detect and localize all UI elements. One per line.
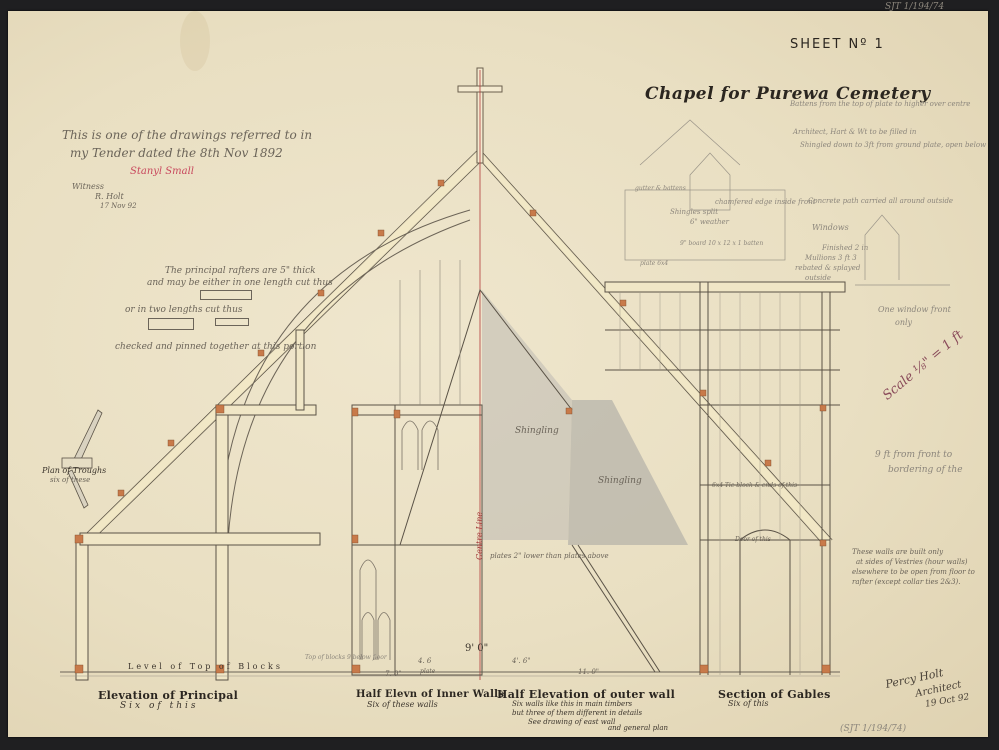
gutter-note: gutter & battens <box>635 185 686 192</box>
dim-7-0: 7. 0" <box>385 670 402 678</box>
dim-11-0: 11. 0" <box>578 668 599 676</box>
catalog-ref-top: SJT 1/194/74 <box>885 2 944 12</box>
dim-9-0: 9' 0" <box>465 643 488 654</box>
door-label: Door of this <box>735 536 771 543</box>
dim-4-6a: 4. 6 <box>418 657 431 665</box>
plate-note: plate 6x4 <box>640 260 668 267</box>
shingling-label-2: Shingling <box>598 476 642 486</box>
rafter-one-length-diagram <box>200 290 252 300</box>
plate-label: plate <box>420 668 435 675</box>
caption-inner-walls-sub: Six of these walls <box>367 700 438 709</box>
sketch-note-3: Shingled down to 3ft from ground plate, … <box>800 141 986 149</box>
rafter-note-line3: or in two lengths cut thus <box>125 305 243 315</box>
witness-signature: R. Holt <box>95 192 124 201</box>
caption-inner-walls: Half Elevn of Inner Walls <box>356 689 504 700</box>
shingling-label-1: Shingling <box>515 426 559 436</box>
strut-note: 9" board 10 x 12 x 1 batten <box>680 240 763 247</box>
caption-outer-wall-sub2: but three of them different in details <box>512 709 642 717</box>
walls-note-line3: elsewhere to be open from floor to <box>852 568 975 576</box>
troughs-label: Plan of Troughs <box>42 466 106 475</box>
witness-date: 17 Nov 92 <box>100 202 137 210</box>
troughs-sub: six of these <box>50 476 90 484</box>
mullions-note: Mullions 3 ft 3 <box>805 254 857 262</box>
sheet-label: SHEET Nº 1 <box>790 37 885 52</box>
finished-note: Finished 2 in <box>822 244 868 252</box>
walls-note-line2: at sides of Vestries (hour walls) <box>856 558 968 566</box>
plates-lower-note: plates 2" lower than plates above <box>490 552 609 560</box>
rafter-note-line4: checked and pinned together at this port… <box>115 342 316 352</box>
architectural-drawing <box>0 0 999 750</box>
finish-note-line1: 9 ft from front to <box>875 450 952 460</box>
outside-note: outside <box>805 274 831 282</box>
shingles-split-note: Shingles split <box>670 208 718 216</box>
witness-label: Witness <box>72 182 104 191</box>
sketch-note-2: Architect, Hart & Wt to be filled in <box>793 128 916 136</box>
sketch-note-1: Battens from the top of plate to higher … <box>790 100 970 108</box>
chamfered-note: chamfered edge inside front <box>715 198 816 206</box>
caption-gables-sub: Six of this <box>728 699 768 708</box>
centre-line-label: Centre Line <box>475 512 484 560</box>
caption-outer-wall-sub1: Six walls like this in main timbers <box>512 700 632 708</box>
walls-note-line4: rafter (except collar ties 2&3). <box>852 578 961 586</box>
caption-principal-sub: Six of this <box>120 701 199 711</box>
rafter-note-line2: and may be either in one length cut thus <box>147 278 333 288</box>
rafter-two-length-diagram-b <box>215 318 249 326</box>
concrete-path-note: Concrete path carried all around outside <box>808 197 953 205</box>
windows-note: Windows <box>812 223 849 232</box>
dim-4-6b: 4'. 6" <box>512 657 531 665</box>
tender-note-line1: This is one of the drawings referred to … <box>62 128 312 142</box>
rafter-two-length-diagram-a <box>148 318 194 330</box>
walls-note-line1: These walls are built only <box>852 548 943 556</box>
level-of-blocks-label: Level of Top of Blocks <box>128 662 283 671</box>
top-blocks-note: Top of blocks 9 below floor <box>305 654 387 661</box>
caption-outer-wall-sub3: See drawing of east wall <box>528 718 615 726</box>
tender-note-line2: my Tender dated the 8th Nov 1892 <box>70 146 283 160</box>
one-window-note: One window front <box>878 305 951 314</box>
rebated-note: rebated & splayed <box>795 264 860 272</box>
only-note: only <box>895 318 912 327</box>
caption-outer-wall-sub4: and general plan <box>608 724 668 732</box>
catalog-ref-bottom: (SJT 1/194/74) <box>840 724 906 734</box>
finish-note-line2: bordering of the <box>888 465 963 475</box>
tie-label: 6x4 Tie block & ends of this <box>712 482 797 489</box>
weather-note: 6" weather <box>690 218 729 226</box>
contractor-signature: Stanyl Small <box>130 166 194 177</box>
rafter-note-line1: The principal rafters are 5" thick <box>165 266 316 276</box>
